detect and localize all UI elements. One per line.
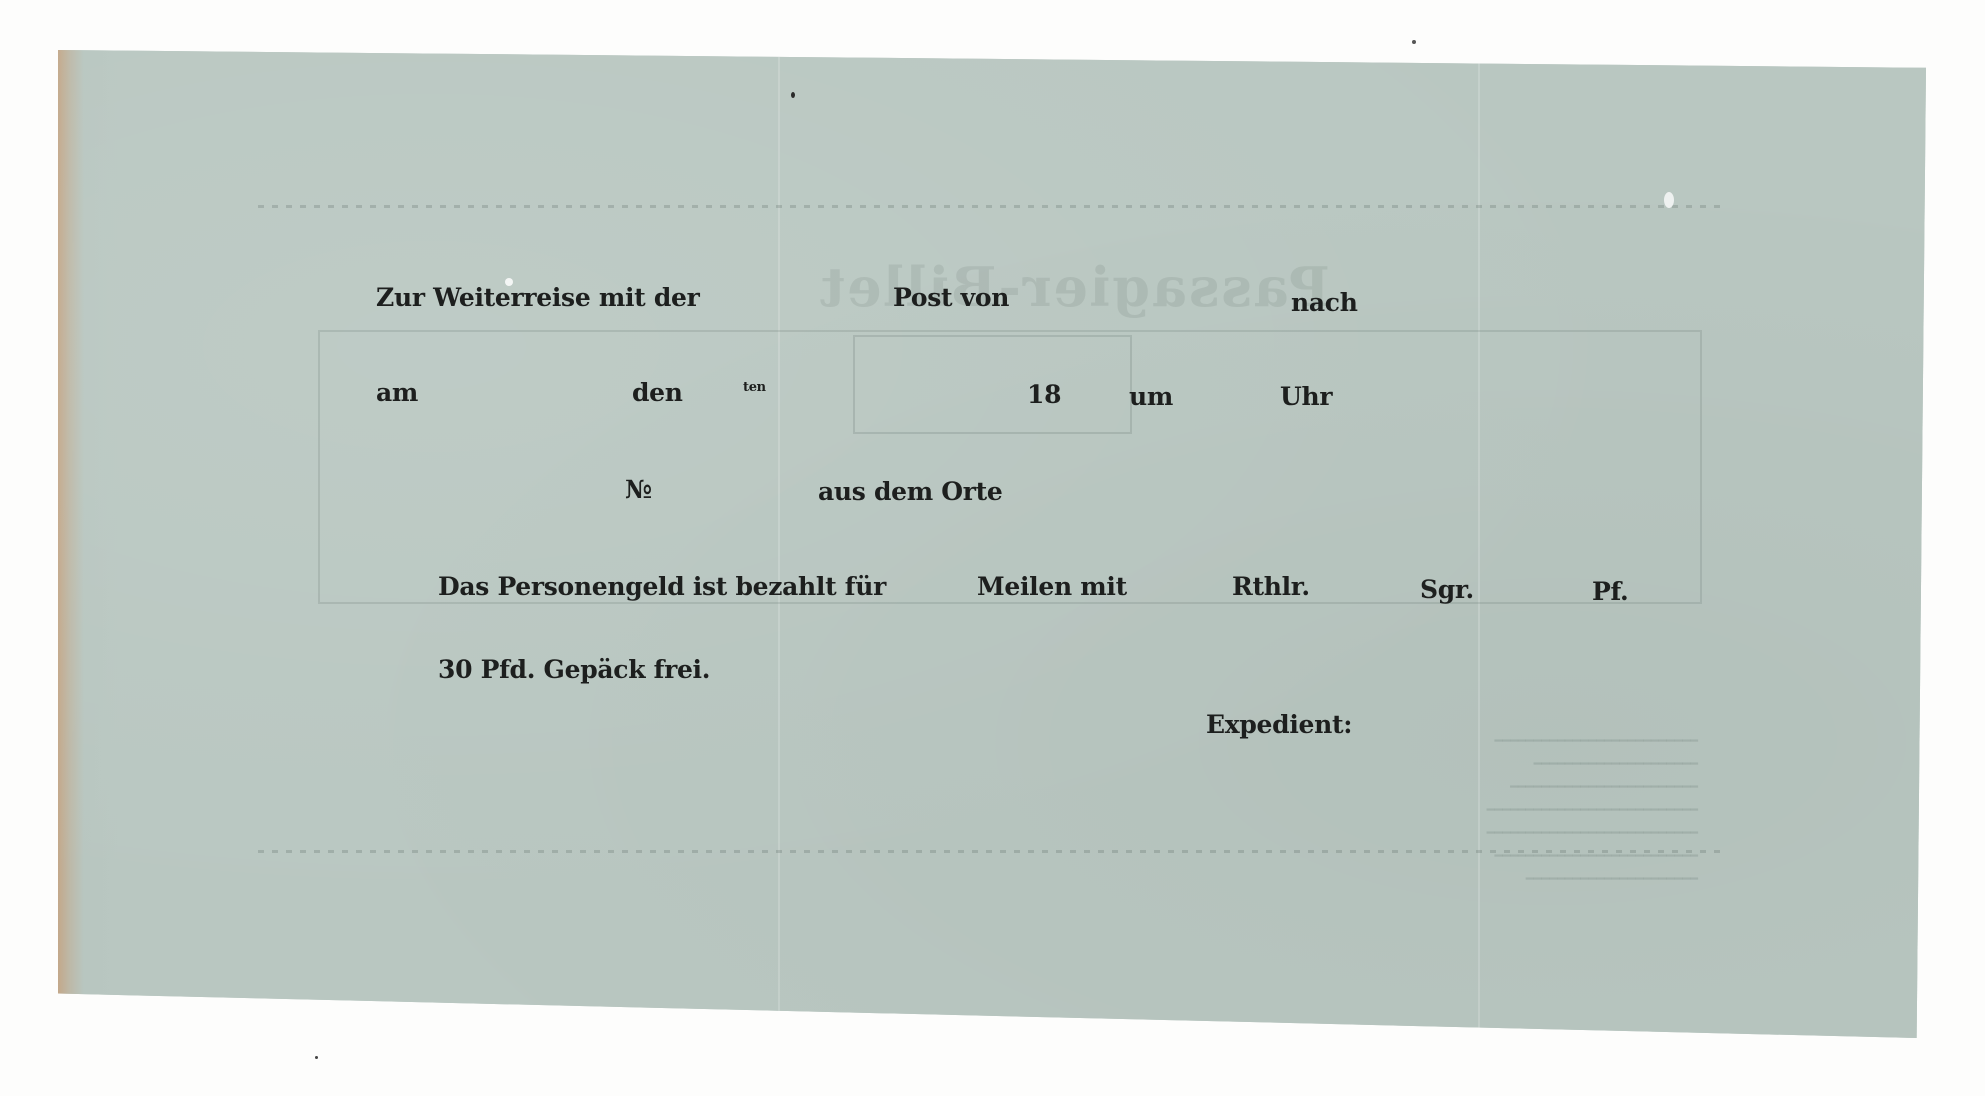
ticket-paper: Passagier-Billet ━━━━━━━━━━━━━━━━━━━━━━━… [58,50,1926,1038]
label-zur-weiterreise: Zur Weiterreise mit der [376,283,699,312]
label-personengeld: Das Personengeld ist bezahlt für [438,572,886,601]
show-through-stamp [853,335,1132,434]
label-sgr: Sgr. [1420,575,1474,604]
show-through-regulations: ━━━━━━━━━━━━━━━━━━━━━━━━━━ ━━━━━━━━━━━━━… [1208,730,1698,891]
show-through-border-top [258,205,1728,208]
label-gepaeck-frei: 30 Pfd. Gepäck frei. [438,655,710,684]
label-expedient: Expedient: [1206,710,1352,739]
label-den: den [632,378,683,407]
label-ten: ten [743,380,766,395]
label-number-sign: № [625,475,652,504]
dust-speck [315,1056,318,1059]
label-um: um [1129,382,1173,411]
label-year-18: 18 [1027,380,1061,409]
label-aus-dem-orte: aus dem Orte [818,477,1003,506]
label-rthlr: Rthlr. [1232,572,1310,601]
label-pf: Pf. [1592,577,1628,606]
ink-speck [791,92,795,98]
label-uhr: Uhr [1280,382,1332,411]
label-post-von: Post von [893,283,1009,312]
label-nach: nach [1291,288,1358,317]
label-am: am [376,378,418,407]
dust-speck [1412,40,1416,44]
paper-pinhole [505,278,513,286]
label-meilen-mit: Meilen mit [977,572,1127,601]
paper-pinhole [1664,192,1674,208]
